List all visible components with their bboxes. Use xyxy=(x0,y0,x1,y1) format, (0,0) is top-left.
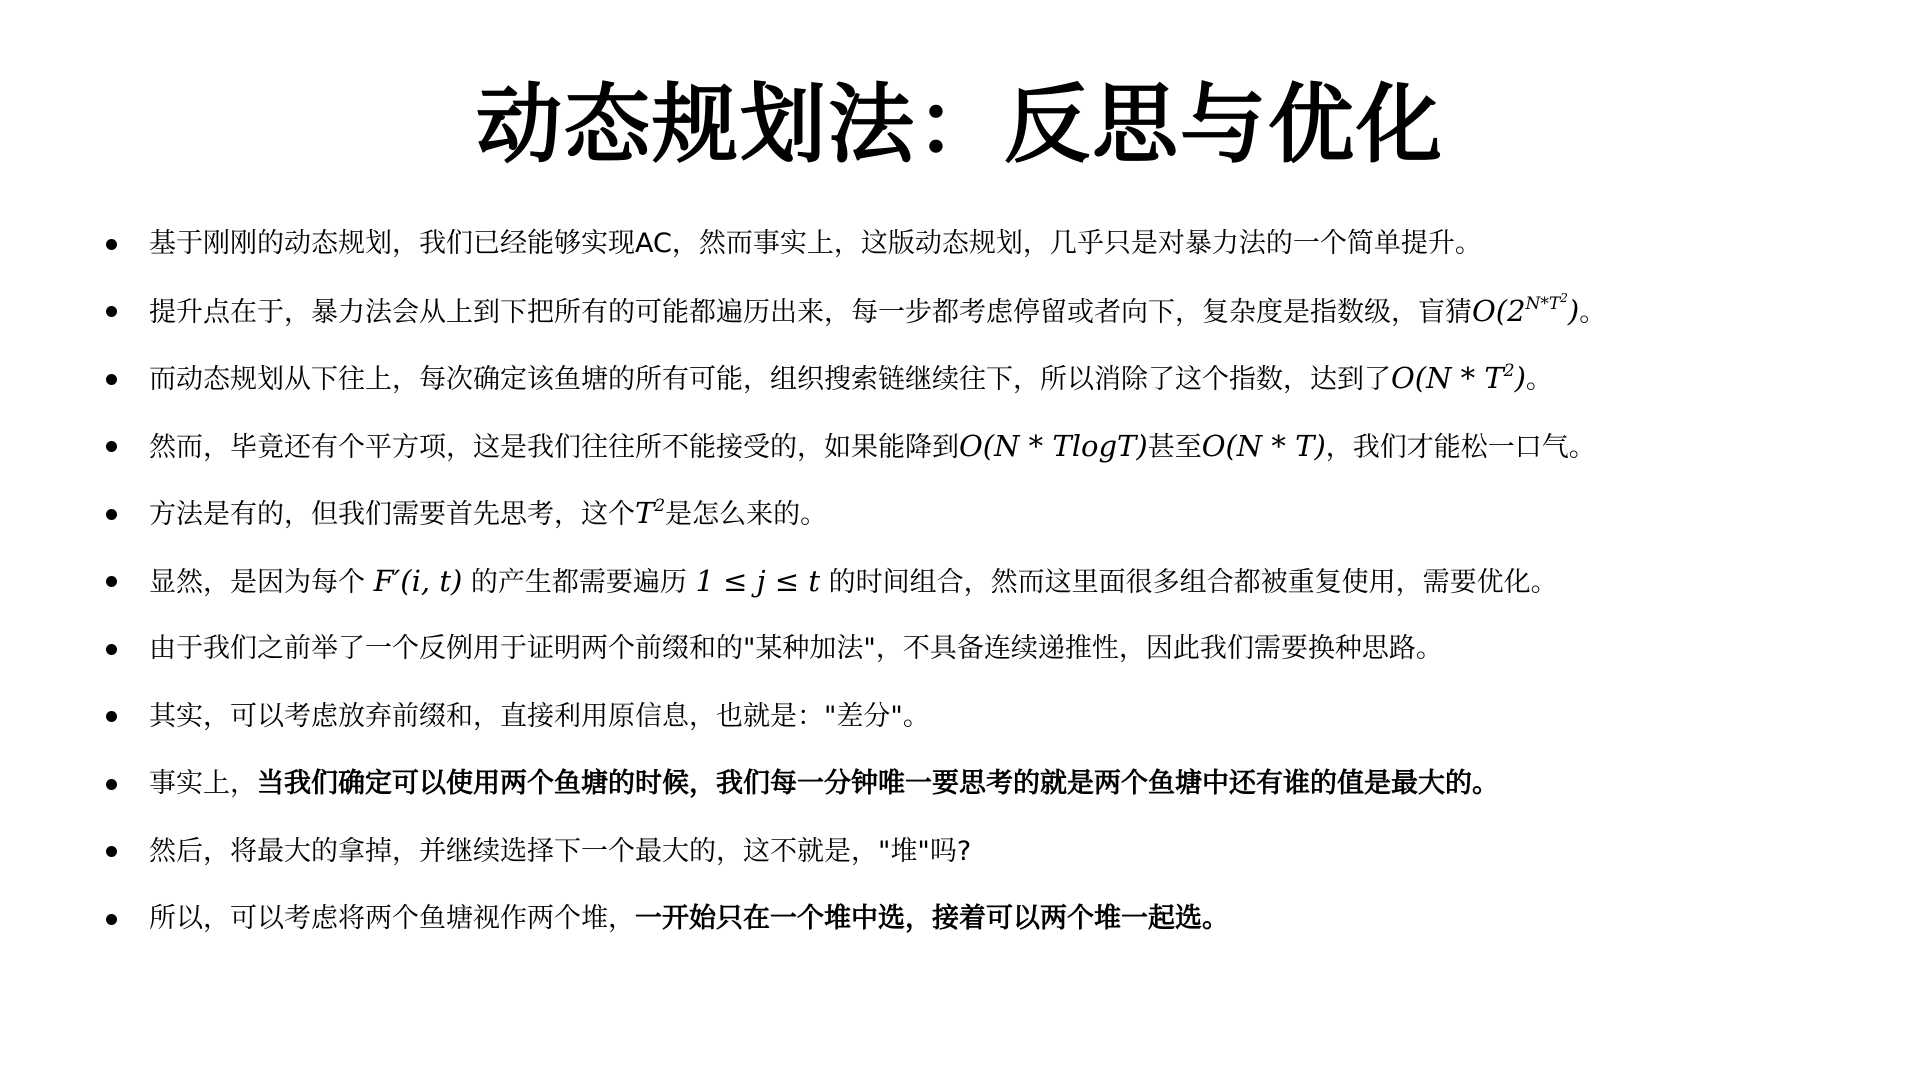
math-base: T xyxy=(635,496,654,530)
bullet-item: 所以，可以考虑将两个鱼塘视作两个堆，一开始只在一个堆中选，接着可以两个堆一起选。 xyxy=(104,885,1864,953)
math-exponent: 2 xyxy=(654,496,665,516)
math-base: O(2 xyxy=(1472,294,1526,328)
bullet-item: 事实上，当我们确定可以使用两个鱼塘的时候，我们每一分钟唯一要思考的就是两个鱼塘中… xyxy=(104,750,1864,818)
bullet-item: 方法是有的，但我们需要首先思考，这个T2是怎么来的。 xyxy=(104,480,1864,548)
bullet-text-emphasis: 一开始只在一个堆中选，接着可以两个堆一起选。 xyxy=(635,903,1229,934)
math-base: O(N * T xyxy=(1391,361,1504,395)
bullet-dot-icon xyxy=(106,711,117,722)
bullet-dot-icon xyxy=(106,441,117,452)
math-expression: O(N * T2) xyxy=(1391,361,1526,395)
bullet-text-segment: 甚至 xyxy=(1148,432,1202,463)
bullet-text-segment: 显然，是因为每个 xyxy=(149,567,374,598)
slide-title: 动态规划法：反思与优化 xyxy=(0,78,1920,173)
bullet-text-segment: ，我们才能松一口气。 xyxy=(1326,432,1596,463)
bullet-dot-icon xyxy=(106,239,117,250)
bullet-dot-icon xyxy=(106,306,117,317)
bullet-item: 其实，可以考虑放弃前缀和，直接利用原信息，也就是："差分"。 xyxy=(104,683,1864,751)
bullet-text-segment: 而动态规划从下往上，每次确定该鱼塘的所有可能，组织搜索链继续往下，所以消除了这个… xyxy=(149,364,1391,395)
math-expression: O(N * TlogT) xyxy=(959,429,1148,463)
bullet-dot-icon xyxy=(106,509,117,520)
bullet-dot-icon xyxy=(106,846,117,857)
bullet-dot-icon xyxy=(106,644,117,655)
bullet-item: 提升点在于，暴力法会从上到下把所有的可能都遍历出来，每一步都考虑停留或者向下，复… xyxy=(104,278,1864,346)
bullet-text: 显然，是因为每个 F′(i, t) 的产生都需要遍历 1 ≤ j ≤ t 的时间… xyxy=(149,567,1558,596)
bullet-item: 然后，将最大的拿掉，并继续选择下一个最大的，这不就是，"堆"吗? xyxy=(104,818,1864,886)
bullet-text: 方法是有的，但我们需要首先思考，这个T2是怎么来的。 xyxy=(149,499,827,528)
bullet-text: 基于刚刚的动态规划，我们已经能够实现AC，然而事实上，这版动态规划，几乎只是对暴… xyxy=(149,230,1482,257)
bullet-text: 其实，可以考虑放弃前缀和，直接利用原信息，也就是："差分"。 xyxy=(149,703,930,730)
math-exponent-text: N*T xyxy=(1526,294,1561,314)
bullet-text: 提升点在于，暴力法会从上到下把所有的可能都遍历出来，每一步都考虑停留或者向下，复… xyxy=(149,297,1606,326)
math-close: ) xyxy=(1515,361,1526,395)
bullet-dot-icon xyxy=(106,914,117,925)
math-exponent: N*T2 xyxy=(1526,294,1568,314)
math-close: ) xyxy=(1568,294,1579,328)
bullet-dot-icon xyxy=(106,576,117,587)
bullet-text: 而动态规划从下往上，每次确定该鱼塘的所有可能，组织搜索链继续往下，所以消除了这个… xyxy=(149,364,1553,393)
math-expression: T2 xyxy=(635,496,665,530)
bullet-item: 显然，是因为每个 F′(i, t) 的产生都需要遍历 1 ≤ j ≤ t 的时间… xyxy=(104,548,1864,616)
bullet-text-segment: 的产生都需要遍历 xyxy=(462,567,695,598)
bullet-list: 基于刚刚的动态规划，我们已经能够实现AC，然而事实上，这版动态规划，几乎只是对暴… xyxy=(104,210,1864,953)
bullet-text: 然后，将最大的拿掉，并继续选择下一个最大的，这不就是，"堆"吗? xyxy=(149,838,971,865)
bullet-dot-icon xyxy=(106,374,117,385)
bullet-text: 所以，可以考虑将两个鱼塘视作两个堆，一开始只在一个堆中选，接着可以两个堆一起选。 xyxy=(149,905,1229,932)
bullet-text-segment: 然而，毕竟还有个平方项，这是我们往往所不能接受的，如果能降到 xyxy=(149,432,959,463)
bullet-text-segment: 方法是有的，但我们需要首先思考，这个 xyxy=(149,499,635,530)
bullet-text-segment: 。 xyxy=(1579,297,1606,328)
bullet-text-segment: 所以，可以考虑将两个鱼塘视作两个堆， xyxy=(149,903,635,934)
bullet-item: 然而，毕竟还有个平方项，这是我们往往所不能接受的，如果能降到O(N * Tlog… xyxy=(104,413,1864,481)
bullet-text-segment: 提升点在于，暴力法会从上到下把所有的可能都遍历出来，每一步都考虑停留或者向下，复… xyxy=(149,297,1472,328)
bullet-text-emphasis: 当我们确定可以使用两个鱼塘的时候，我们每一分钟唯一要思考的就是两个鱼塘中还有谁的… xyxy=(257,768,1499,799)
math-expression: F′(i, t) xyxy=(374,564,463,598)
bullet-item: 由于我们之前举了一个反例用于证明两个前缀和的"某种加法"，不具备连续递推性，因此… xyxy=(104,615,1864,683)
bullet-text-segment: 的时间组合，然而这里面很多组合都被重复使用，需要优化。 xyxy=(820,567,1558,598)
bullet-item: 基于刚刚的动态规划，我们已经能够实现AC，然而事实上，这版动态规划，几乎只是对暴… xyxy=(104,210,1864,278)
math-expression: O(N * T) xyxy=(1202,429,1326,463)
bullet-text: 然而，毕竟还有个平方项，这是我们往往所不能接受的，如果能降到O(N * Tlog… xyxy=(149,432,1596,461)
math-expression: O(2N*T2) xyxy=(1472,294,1579,328)
bullet-dot-icon xyxy=(106,779,117,790)
bullet-text: 由于我们之前举了一个反例用于证明两个前缀和的"某种加法"，不具备连续递推性，因此… xyxy=(149,635,1443,662)
bullet-text-segment: 是怎么来的。 xyxy=(665,499,827,530)
slide: 动态规划法：反思与优化 基于刚刚的动态规划，我们已经能够实现AC，然而事实上，这… xyxy=(0,0,1920,1080)
math-exponent-nested: 2 xyxy=(1560,291,1568,305)
bullet-text-segment: 。 xyxy=(1526,364,1553,395)
bullet-item: 而动态规划从下往上，每次确定该鱼塘的所有可能，组织搜索链继续往下，所以消除了这个… xyxy=(104,345,1864,413)
bullet-text: 事实上，当我们确定可以使用两个鱼塘的时候，我们每一分钟唯一要思考的就是两个鱼塘中… xyxy=(149,770,1499,797)
math-expression: 1 ≤ j ≤ t xyxy=(695,564,820,598)
bullet-text-segment: 事实上， xyxy=(149,768,257,799)
math-exponent: 2 xyxy=(1504,361,1515,381)
